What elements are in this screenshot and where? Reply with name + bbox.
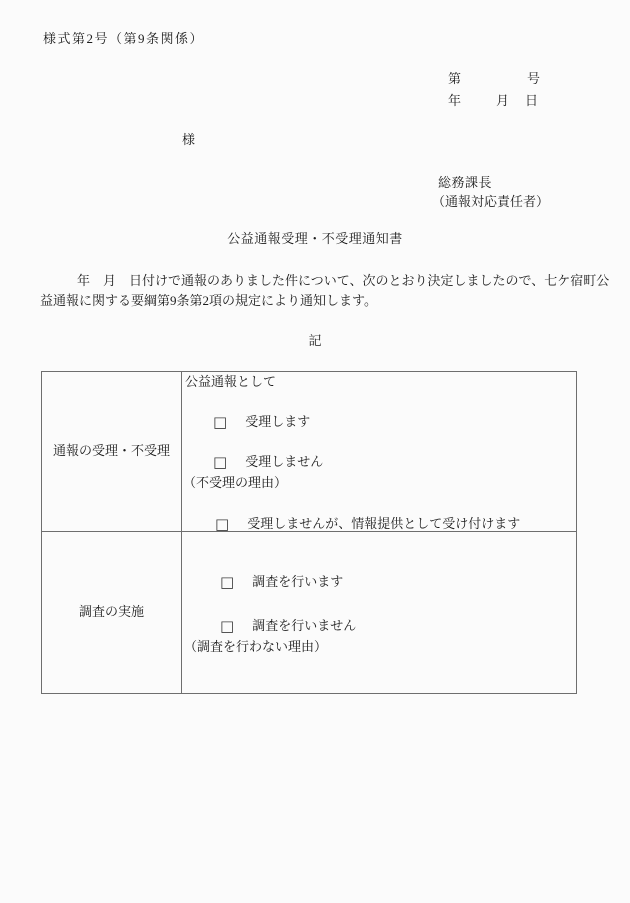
checkbox-icon[interactable]: □: [213, 456, 227, 469]
date-year-label: 年: [448, 93, 461, 110]
row-header-acceptance: 通報の受理・不受理: [42, 372, 182, 532]
date-line: 年 月 日: [448, 93, 538, 110]
investigation-cell: □ 調査を行います □ 調査を行いません （調査を行わない理由）: [182, 532, 576, 693]
row-header-label: 調査の実施: [79, 604, 144, 621]
sender-title: 総務課長: [438, 175, 492, 192]
reason-no-investigation-label: （調査を行わない理由）: [184, 639, 327, 656]
body-paragraph-line1: 年 月 日付けで通報のありました件について、次のとおり決定しましたので、七ケ宿町…: [40, 273, 609, 290]
row-header-investigation: 調査の実施: [42, 532, 182, 693]
option-label: 受理しません: [245, 454, 323, 471]
document-page: 様式第2号（第9条関係） 第 号 年 月 日 様 総務課長 （通報対応責任者） …: [0, 0, 630, 903]
option-label: 受理します: [245, 414, 310, 431]
document-title: 公益通報受理・不受理通知書: [0, 231, 630, 248]
option-not-accept: □ 受理しません: [213, 454, 323, 471]
option-accept-as-information: □ 受理しませんが、情報提供として受け付けます: [215, 516, 520, 533]
checkbox-icon[interactable]: □: [213, 416, 227, 429]
ki-heading: 記: [0, 333, 630, 350]
option-not-investigate: □ 調査を行いません: [220, 618, 356, 635]
form-number: 様式第2号（第9条関係）: [43, 31, 204, 48]
sender-role: （通報対応責任者）: [432, 194, 549, 211]
reason-not-accepted-label: （不受理の理由）: [183, 475, 287, 492]
option-label: 調査を行います: [252, 574, 343, 591]
notification-table: 通報の受理・不受理 公益通報として □ 受理します □ 受理しません （不受理の…: [41, 371, 577, 694]
date-month-label: 月: [496, 93, 509, 110]
doc-number-go-label: 号: [527, 71, 540, 88]
document-number-line: 第 号: [448, 71, 540, 88]
option-investigate: □ 調査を行います: [220, 574, 343, 591]
option-accept: □ 受理します: [213, 414, 310, 431]
addressee-sama-label: 様: [182, 132, 195, 149]
checkbox-icon[interactable]: □: [220, 576, 234, 589]
acceptance-cell: 公益通報として □ 受理します □ 受理しません （不受理の理由） □ 受理しま…: [182, 372, 576, 532]
date-day-label: 日: [525, 93, 538, 110]
body-paragraph-line2: 益通報に関する要綱第9条第2項の規定により通知します。: [40, 293, 377, 310]
doc-number-dai-label: 第: [448, 71, 461, 88]
option-label: 調査を行いません: [252, 618, 356, 635]
option-label: 受理しませんが、情報提供として受け付けます: [247, 516, 520, 533]
acceptance-intro: 公益通報として: [185, 374, 276, 391]
checkbox-icon[interactable]: □: [215, 518, 229, 531]
checkbox-icon[interactable]: □: [220, 620, 234, 633]
row-header-label: 通報の受理・不受理: [53, 443, 170, 460]
